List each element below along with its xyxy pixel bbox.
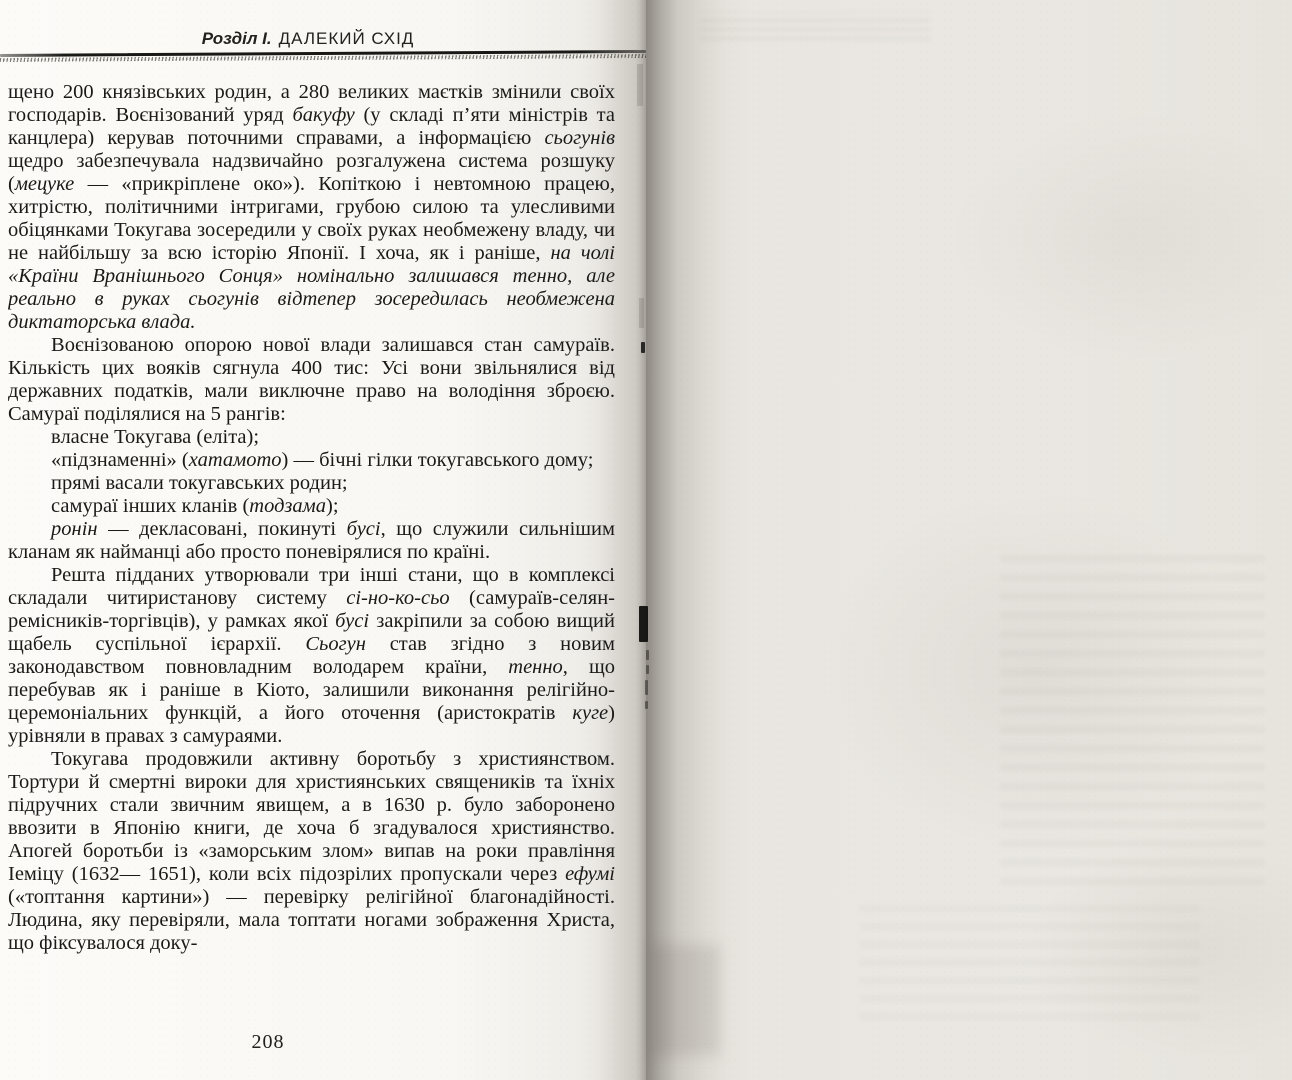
text-run: бакуфу	[292, 104, 354, 126]
text-run: прямі васали токугавських родин;	[51, 472, 348, 494]
text-run: сьогунів	[544, 127, 615, 149]
spine-dash-mark	[645, 680, 648, 695]
text-run: тодзама	[249, 495, 326, 517]
text-run: бусі	[335, 610, 369, 632]
paragraph: щено 200 князівських родин, а 280 велики…	[8, 81, 615, 334]
page-edge-artifact	[639, 298, 644, 328]
page-right: Глава 4.Японія ментально: непокірних пал…	[646, 0, 1292, 1080]
text-run: («топтання картини») — перевірку релігій…	[8, 886, 615, 954]
text-run: хатамото	[189, 449, 282, 471]
text-run: куге	[572, 702, 608, 724]
text-run: ронін	[51, 518, 98, 540]
paragraph: Воєнізованою опорою нової влади залишавс…	[8, 334, 615, 426]
section-title: ДАЛЕКИЙ СХІД	[279, 29, 415, 48]
text-run: сі-но-ко-сьо	[346, 587, 449, 609]
text-run: тенно	[508, 656, 563, 678]
section-label: Розділ I.	[202, 29, 272, 48]
paragraph: самураї інших кланів (тодзама);	[8, 495, 615, 518]
text-run: власне Токугава (еліта);	[51, 426, 259, 448]
spine-ink-mark	[639, 606, 648, 642]
header-rule-left	[0, 50, 646, 64]
spine-dash-mark	[646, 650, 649, 660]
spine-ink-mark	[641, 342, 645, 353]
paragraph: ронін — декласовані, покинуті бусі, що с…	[8, 518, 615, 564]
text-run: ) — бічні гілки токугавського дому;	[282, 449, 594, 471]
text-run: );	[326, 495, 339, 517]
text-run: Воєнізованою опорою нової влади залишавс…	[8, 334, 615, 425]
text-run: — «прикріплене око»). Копіткою і невтомн…	[8, 173, 615, 264]
page-edge-artifact	[637, 64, 643, 106]
book-spread-scan: Розділ I.ДАЛЕКИЙ СХІД щено 200 князівськ…	[0, 0, 1292, 1080]
paragraph: власне Токугава (еліта);	[8, 426, 615, 449]
text-run: мецуке	[15, 173, 74, 195]
page-left: Розділ I.ДАЛЕКИЙ СХІД щено 200 князівськ…	[0, 0, 646, 1080]
text-run: — декласовані, покинуті	[98, 518, 347, 540]
paragraph: «підзнаменні» (хатамото) — бічні гілки т…	[8, 449, 615, 472]
text-run: «підзнаменні» (	[51, 449, 189, 471]
spine-dash-mark	[645, 701, 648, 709]
spine-dash-mark	[646, 665, 649, 674]
body-text-left: щено 200 князівських родин, а 280 велики…	[8, 81, 615, 1027]
running-head-left: Розділ I.ДАЛЕКИЙ СХІД	[8, 29, 608, 49]
text-run: Сьогун	[305, 633, 366, 655]
paragraph: прямі васали токугавських родин;	[8, 472, 615, 495]
text-run: Токугава продовжили активну боротьбу з х…	[8, 748, 615, 885]
paragraph: Решта підданих утворювали три інші стани…	[8, 564, 615, 748]
page-number-left: 208	[8, 1031, 528, 1054]
text-run: самураї інших кланів (	[51, 495, 249, 517]
text-run: бусі	[347, 518, 381, 540]
paragraph: Токугава продовжили активну боротьбу з х…	[8, 748, 615, 955]
text-run: ефумі	[565, 863, 615, 885]
